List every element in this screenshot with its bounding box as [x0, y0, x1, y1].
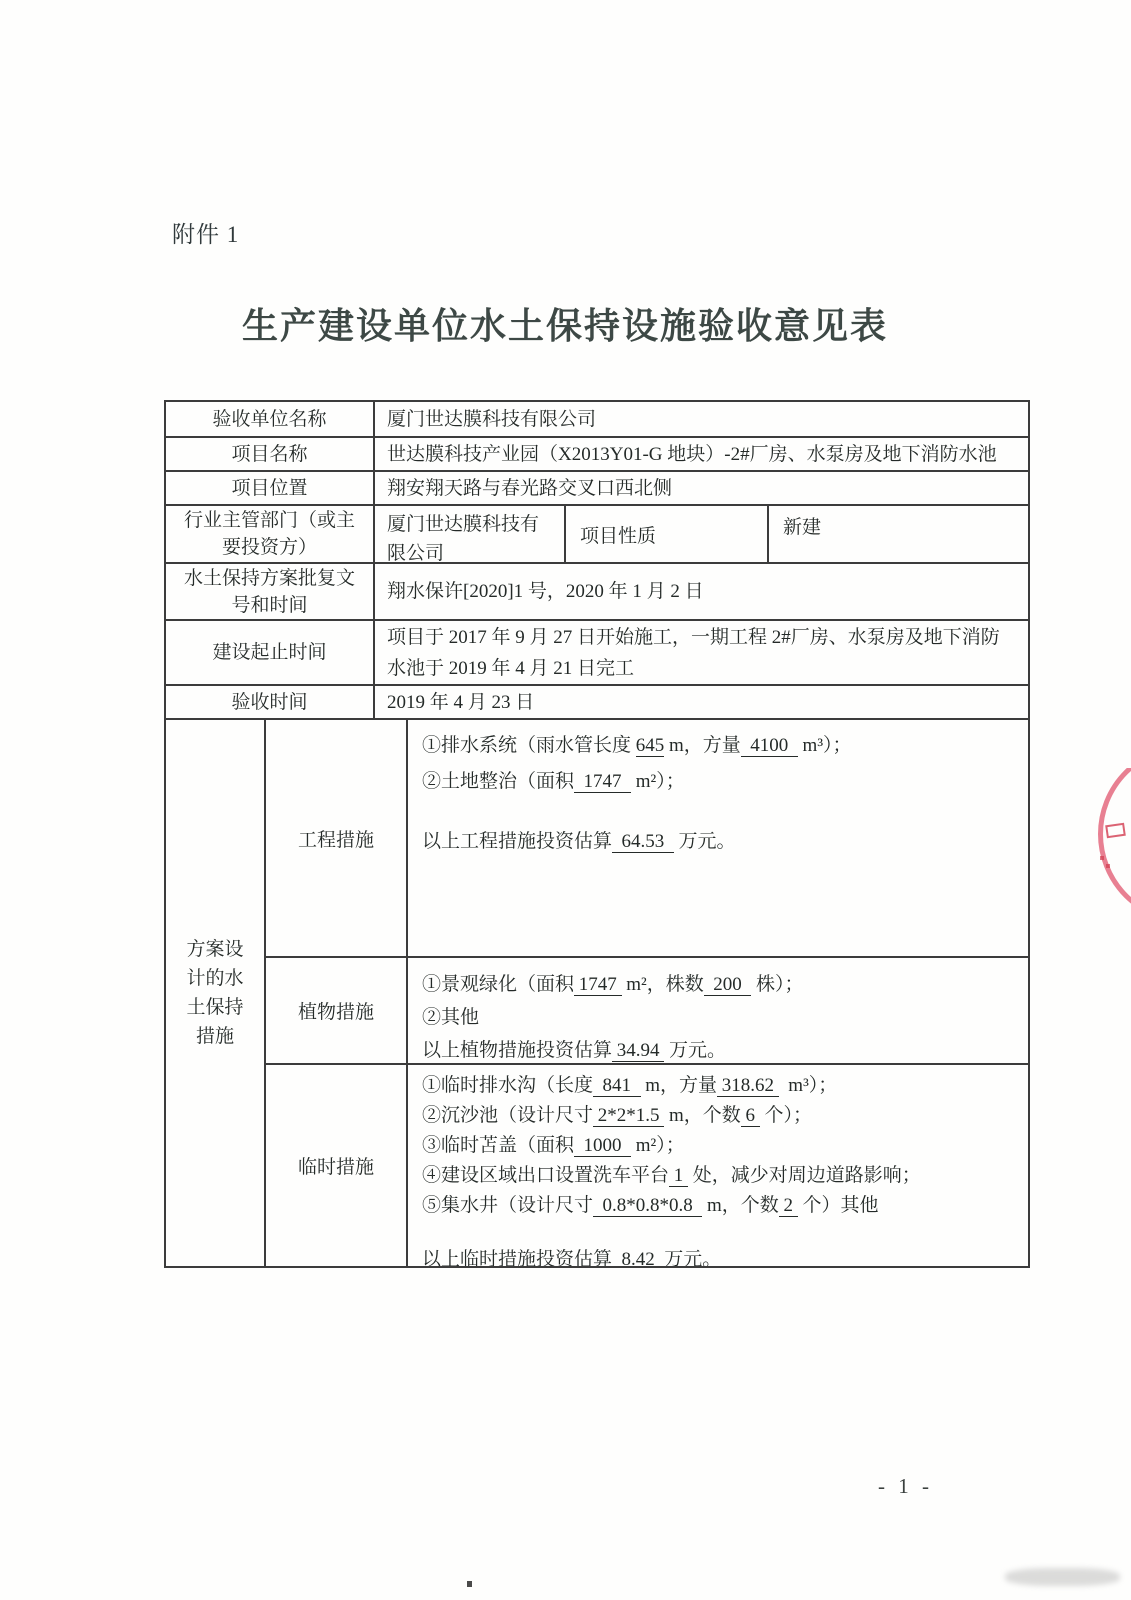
seal-inner-mark [1105, 823, 1126, 839]
table-row-project-name: 项目名称 世达膜科技产业园（X2013Y01-G 地块）-2#厂房、水泵房及地下… [166, 436, 1028, 470]
measure-row-engineering: 工程措施 ①排水系统（雨水管长度 645 m，方量 4100 m³）；②土地整治… [266, 720, 1028, 956]
row-value: 厦门世达膜科技有限公司 [373, 402, 1028, 436]
measure-label: 临时措施 [266, 1065, 406, 1266]
row-value: 世达膜科技产业园（X2013Y01-G 地块）-2#厂房、水泵房及地下消防水池 [373, 438, 1028, 470]
seal-speck [1100, 856, 1104, 860]
table-row-designed-measures: 方案设计的水土保持措施 工程措施 ①排水系统（雨水管长度 645 m，方量 41… [166, 718, 1028, 1266]
row-sublabel-project-nature: 项目性质 [564, 506, 767, 562]
measure-row-temporary: 临时措施 ①临时排水沟（长度 841 m，方量 318.62 m³）；②沉沙池（… [266, 1063, 1028, 1266]
table-row-approval-document: 水土保持方案批复文号和时间 翔水保许[2020]1 号，2020 年 1 月 2… [166, 562, 1028, 619]
measure-label: 植物措施 [266, 958, 406, 1063]
row-value: 2019 年 4 月 23 日 [373, 686, 1028, 718]
measures-group-label-cell: 方案设计的水土保持措施 [166, 720, 264, 1266]
table-row-project-location: 项目位置 翔安翔天路与春光路交叉口西北侧 [166, 470, 1028, 504]
row-value: 翔安翔天路与春光路交叉口西北侧 [373, 472, 1028, 504]
row-label: 验收单位名称 [166, 402, 373, 436]
row-subvalue-new-construction: 新建 [767, 506, 1028, 562]
scan-smudge-artifact [1005, 1568, 1120, 1586]
table-row-acceptance-date: 验收时间 2019 年 4 月 23 日 [166, 684, 1028, 718]
measure-content: ①景观绿化（面积 1747 m²，株数 200 株）；②其他以上植物措施投资估算… [406, 958, 1028, 1063]
row-label: 项目位置 [166, 472, 373, 504]
measures-rows: 工程措施 ①排水系统（雨水管长度 645 m，方量 4100 m³）；②土地整治… [264, 720, 1028, 1266]
page-number: - 1 - [878, 1474, 933, 1499]
row-label: 验收时间 [166, 686, 373, 718]
measure-content: ①排水系统（雨水管长度 645 m，方量 4100 m³）；②土地整治（面积 1… [406, 720, 1028, 956]
row-value-company: 厦门世达膜科技有限公司 [373, 506, 564, 562]
row-label: 项目名称 [166, 438, 373, 470]
page-title: 生产建设单位水土保持设施验收意见表 [60, 298, 1070, 349]
measure-label: 工程措施 [266, 720, 406, 956]
table-row-construction-period: 建设起止时间 项目于 2017 年 9 月 27 日开始施工，一期工程 2#厂房… [166, 619, 1028, 684]
row-value: 翔水保许[2020]1 号，2020 年 1 月 2 日 [373, 564, 1028, 619]
row-label: 行业主管部门（或主要投资方） [166, 506, 373, 562]
row-label: 水土保持方案批复文号和时间 [166, 564, 373, 619]
scan-dot-artifact [467, 1581, 472, 1587]
seal-speck [1106, 864, 1110, 868]
acceptance-form-table: 验收单位名称 厦门世达膜科技有限公司 项目名称 世达膜科技产业园（X2013Y0… [164, 400, 1030, 1268]
table-row-industry-department: 行业主管部门（或主要投资方） 厦门世达膜科技有限公司 项目性质 新建 [166, 504, 1028, 562]
measure-content: ①临时排水沟（长度 841 m，方量 318.62 m³）；②沉沙池（设计尺寸 … [406, 1065, 1028, 1266]
row-value: 项目于 2017 年 9 月 27 日开始施工，一期工程 2#厂房、水泵房及地下… [373, 621, 1028, 684]
measures-group-label: 方案设计的水土保持措施 [183, 935, 247, 1051]
attachment-label: 附件 1 [172, 216, 239, 249]
measure-row-vegetation: 植物措施 ①景观绿化（面积 1747 m²，株数 200 株）；②其他以上植物措… [266, 956, 1028, 1063]
row-label: 建设起止时间 [166, 621, 373, 684]
table-row-accepting-unit: 验收单位名称 厦门世达膜科技有限公司 [166, 402, 1028, 436]
